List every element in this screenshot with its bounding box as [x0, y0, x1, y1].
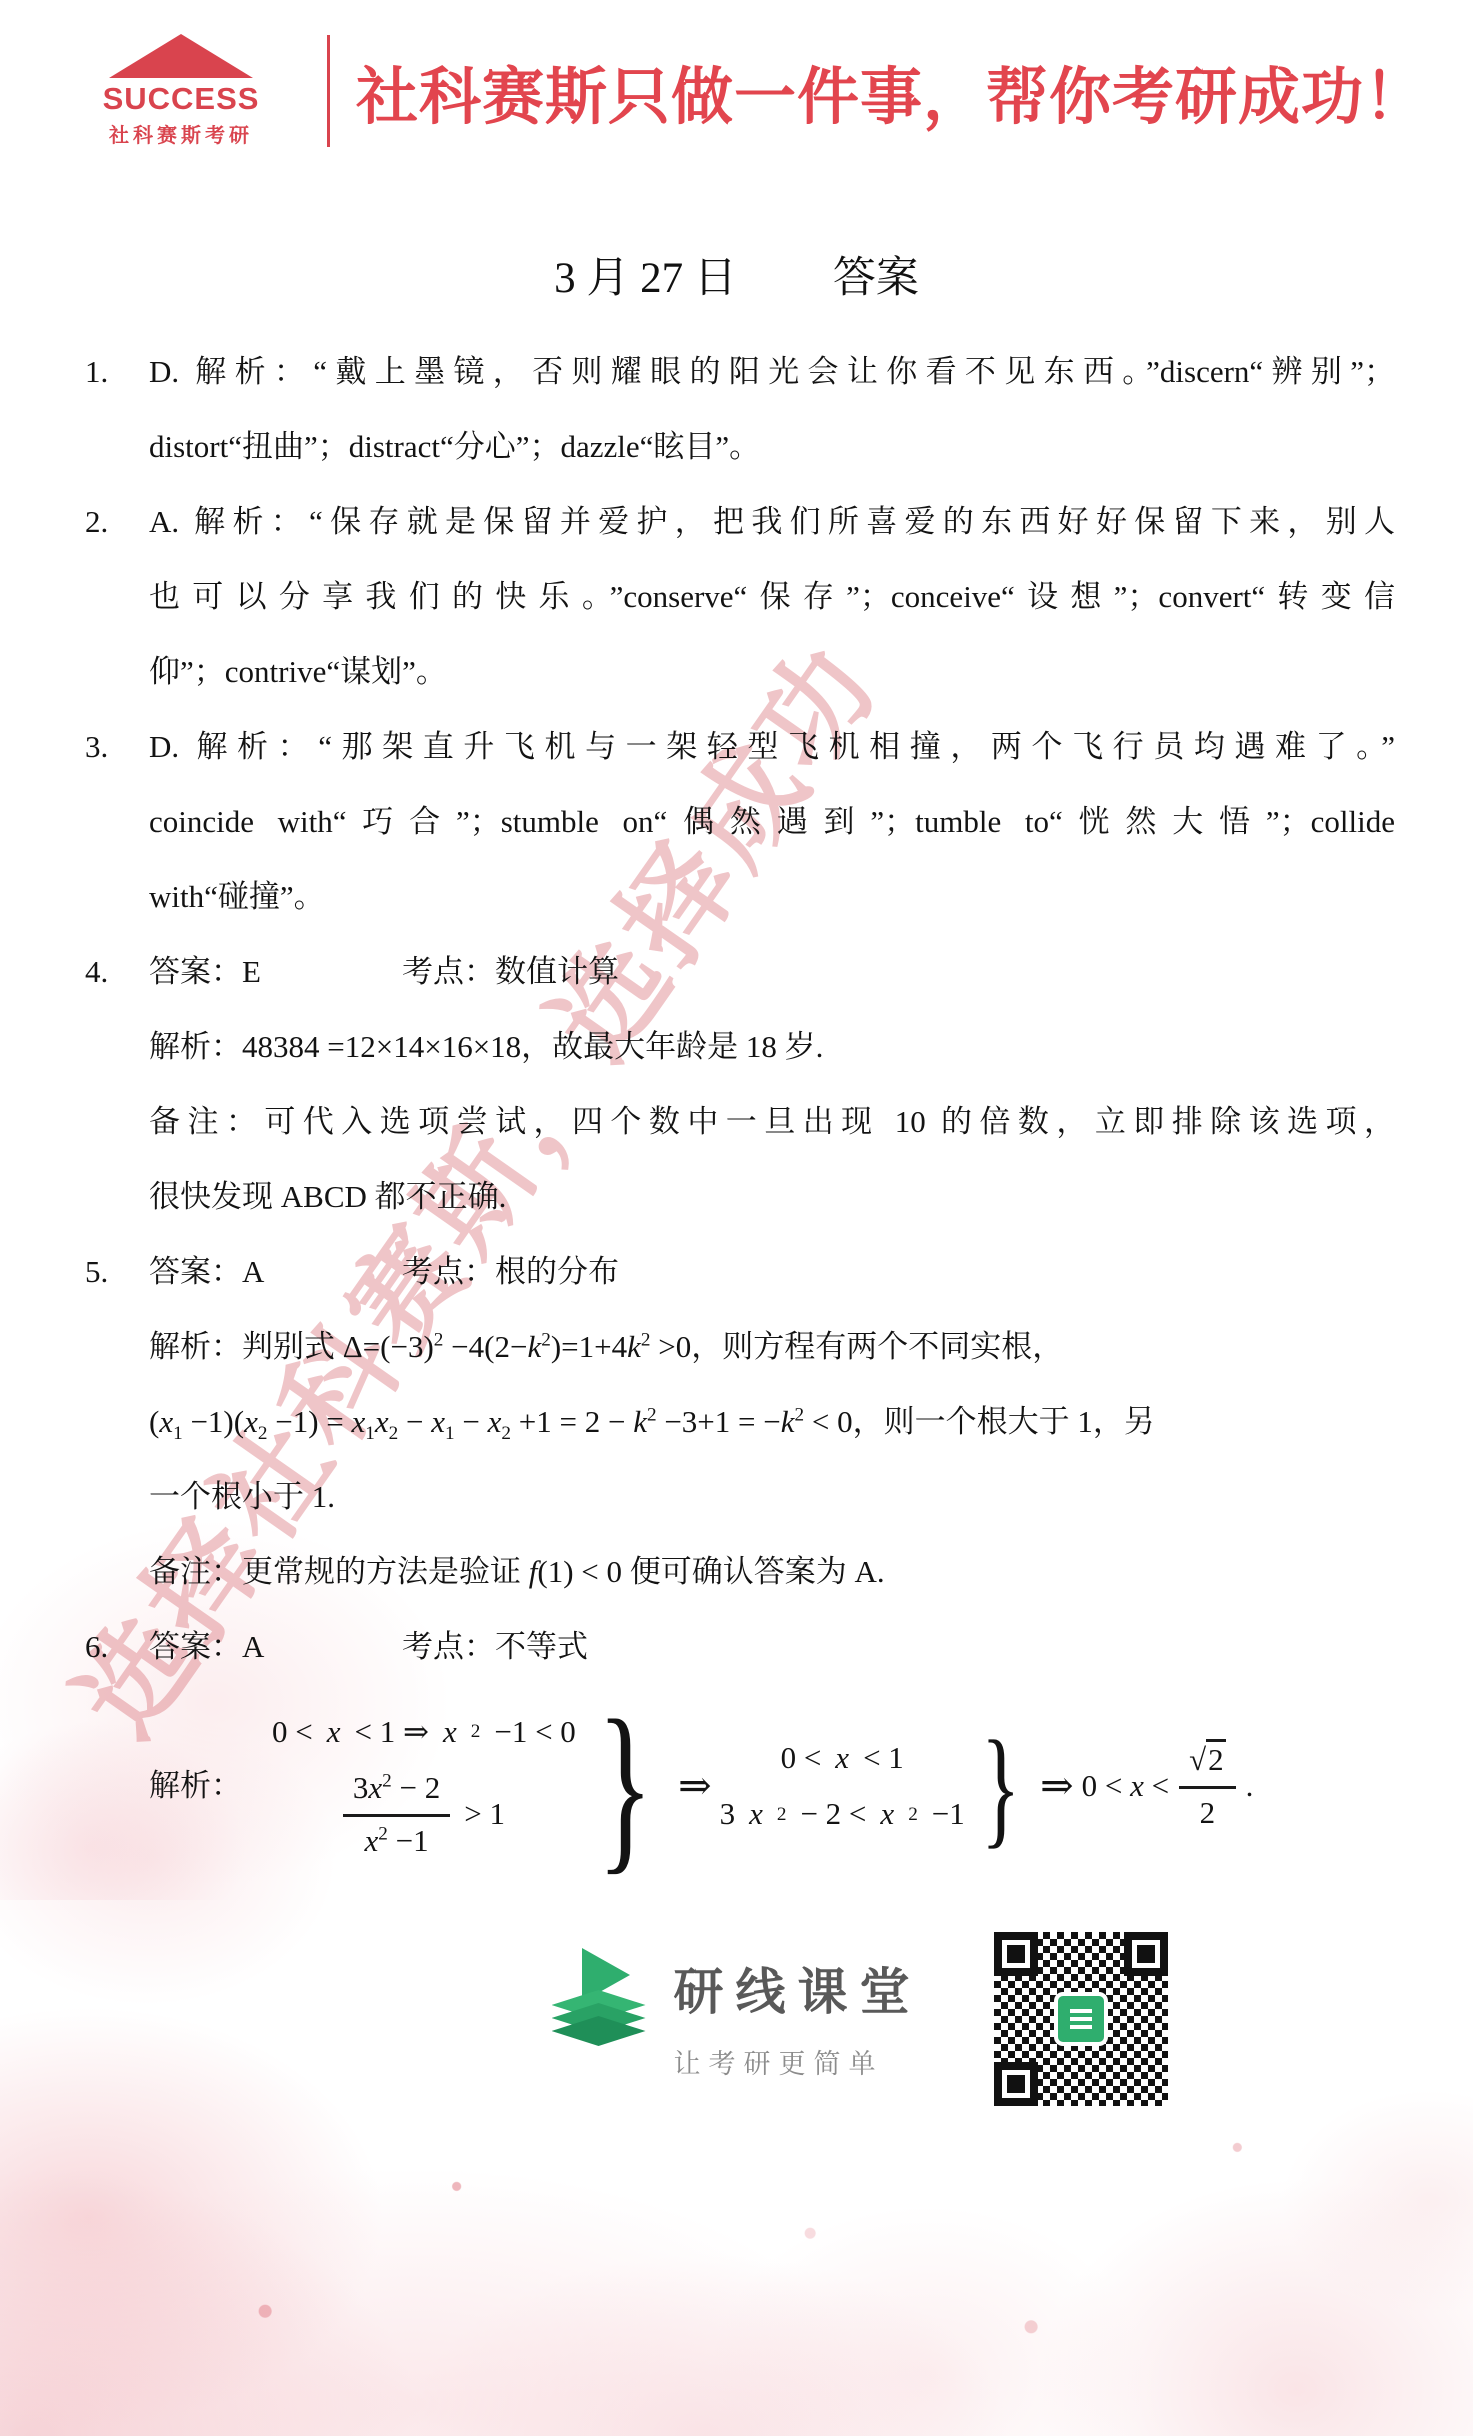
item-number: 4. — [85, 934, 149, 1234]
text-line: coincide with“巧合”；stumble on“偶然遇到”；tumbl… — [149, 784, 1395, 859]
result: 0 < x < √2 2 . — [1082, 1740, 1254, 1834]
answer-list: 1. D. 解析：“戴上墨镜，否则耀眼的阳光会让你看不见东西。”discern“… — [85, 334, 1395, 1873]
item-body: D. 解析：“那架直升飞机与一架轻型飞机相撞，两个飞行员均遇难了。” coinc… — [149, 709, 1395, 934]
inequality-derivation: 解析： 0 < x < 1 ⇒ x2 −1 < 0 3x2 − 2 x2 −1 … — [149, 1700, 1395, 1873]
qr-finder-icon — [1124, 1932, 1168, 1976]
text-line: D. 解析：“那架直升飞机与一架轻型飞机相撞，两个飞行员均遇难了。” — [149, 709, 1395, 784]
text-line: 仰”；contrive“谋划”。 — [149, 634, 1395, 709]
math-line: 解析：判别式 Δ=(−3)2 −4(2−k2)=1+4k2 >0，则方程有两个不… — [149, 1309, 1395, 1384]
system-1: 0 < x < 1 ⇒ x2 −1 < 0 3x2 − 2 x2 −1 > 1 — [272, 1712, 576, 1862]
brand-name: 研线课堂 — [674, 1952, 922, 2024]
qr-pattern — [994, 1932, 1168, 2106]
answer-item-4: 4. 答案：E考点：数值计算 解析：48384 =12×14×16×18，故最大… — [85, 934, 1395, 1234]
knowledge-point: 考点：不等式 — [402, 1629, 588, 1664]
text-line: 一个根小于 1. — [149, 1459, 1395, 1534]
knowledge-point: 考点：数值计算 — [402, 954, 619, 989]
qr-center-logo-icon — [1054, 1992, 1108, 2046]
system-1-line-2: 3x2 − 2 x2 −1 > 1 — [343, 1768, 505, 1862]
footer-brand: 研线课堂 让考研更简单 — [0, 1952, 1473, 2081]
text-line: A. 解析：“保存就是保留并爱护，把我们所喜爱的东西好好保留下来，别人 — [149, 484, 1395, 559]
logo-roof-icon — [109, 34, 253, 78]
title-label: 答案 — [833, 255, 919, 302]
answer-item-3: 3. D. 解析：“那架直升飞机与一架轻型飞机相撞，两个飞行员均遇难了。” co… — [85, 709, 1395, 934]
text-line: 也可以分享我们的快乐。”conserve“保存”；conceive“设想”；co… — [149, 559, 1395, 634]
right-brace: } — [597, 1700, 653, 1873]
answer-row: 答案：E考点：数值计算 — [149, 934, 1395, 1009]
answer-item-6: 6. 答案：A考点：不等式 解析： 0 < x < 1 ⇒ x2 −1 < 0 … — [85, 1609, 1395, 1873]
math-line: (x1 −1)(x2 −1) = x1x2 − x1 − x2 +1 = 2 −… — [149, 1384, 1395, 1459]
system-2-line-2: 3x2 − 2 < x2 −1 — [720, 1794, 965, 1834]
result-inequality: 0 < x < — [1082, 1766, 1169, 1806]
logo-cn-text: 社科赛斯考研 — [55, 119, 307, 148]
qr-finder-icon — [994, 1932, 1038, 1976]
period: . — [1246, 1766, 1254, 1806]
fraction-denominator: 2 — [1200, 1789, 1216, 1833]
item-body: D. 解析：“戴上墨镜，否则耀眼的阳光会让你看不见东西。”discern“辨别”… — [149, 334, 1395, 484]
fraction-sqrt2-over-2: √2 2 — [1179, 1740, 1236, 1834]
inequality-rhs: > 1 — [464, 1794, 505, 1834]
page-title: 3 月 27 日答案 — [0, 244, 1473, 305]
system-2-line-1: 0 < x < 1 — [781, 1738, 904, 1778]
system-1-line-1: 0 < x < 1 ⇒ x2 −1 < 0 — [272, 1712, 576, 1752]
item-number: 3. — [85, 709, 149, 934]
item-number: 1. — [85, 334, 149, 484]
qr-code — [988, 1926, 1174, 2112]
brand-tagline: 让考研更简单 — [674, 2042, 922, 2081]
item-body: 答案：E考点：数值计算 解析：48384 =12×14×16×18，故最大年龄是… — [149, 934, 1395, 1234]
item-body: 答案：A考点：根的分布 解析：判别式 Δ=(−3)2 −4(2−k2)=1+4k… — [149, 1234, 1395, 1609]
text-line: D. 解析：“戴上墨镜，否则耀眼的阳光会让你看不见东西。”discern“辨别”… — [149, 334, 1395, 409]
right-brace: } — [981, 1726, 1020, 1847]
fraction-numerator: 3x2 − 2 — [343, 1768, 450, 1817]
fraction-numerator: √2 — [1179, 1740, 1236, 1789]
title-date: 3 月 27 日 — [554, 255, 737, 302]
math-line: 备注：更常规的方法是验证 f(1) < 0 便可确认答案为 A. — [149, 1534, 1395, 1609]
answer-row: 答案：A考点：不等式 — [149, 1609, 1395, 1684]
item-number: 6. — [85, 1609, 149, 1873]
item-body: 答案：A考点：不等式 解析： 0 < x < 1 ⇒ x2 −1 < 0 3x2… — [149, 1609, 1395, 1873]
system-2: 0 < x < 1 3x2 − 2 < x2 −1 — [720, 1738, 965, 1835]
item-number: 2. — [85, 484, 149, 709]
answer-item-1: 1. D. 解析：“戴上墨镜，否则耀眼的阳光会让你看不见东西。”discern“… — [85, 334, 1395, 484]
knowledge-point: 考点：根的分布 — [402, 1254, 619, 1289]
yanxian-classroom-logo-icon — [552, 1948, 646, 2046]
header-divider — [327, 35, 330, 147]
logo-success-text: SUCCESS — [55, 81, 307, 117]
implies-arrow: ⇒ — [1040, 1760, 1074, 1812]
implies-arrow: ⇒ — [678, 1760, 712, 1812]
text-line: 解析：48384 =12×14×16×18，故最大年龄是 18 岁. — [149, 1009, 1395, 1084]
text-line: 很快发现 ABCD 都不正确. — [149, 1159, 1395, 1234]
success-logo: SUCCESS 社科赛斯考研 — [55, 34, 307, 148]
text-line: with“碰撞”。 — [149, 859, 1395, 934]
text-line: distort“扭曲”；distract“分心”；dazzle“眩目”。 — [149, 409, 1395, 484]
brand-text-block: 研线课堂 让考研更简单 — [674, 1952, 922, 2081]
answer-value: 答案：A — [149, 1234, 402, 1309]
qr-finder-icon — [994, 2062, 1038, 2106]
layers-glyph-icon — [1070, 2017, 1092, 2021]
item-number: 5. — [85, 1234, 149, 1609]
answer-row: 答案：A考点：根的分布 — [149, 1234, 1395, 1309]
answer-item-5: 5. 答案：A考点：根的分布 解析：判别式 Δ=(−3)2 −4(2−k2)=1… — [85, 1234, 1395, 1609]
answer-value: 答案：E — [149, 934, 402, 1009]
item-body: A. 解析：“保存就是保留并爱护，把我们所喜爱的东西好好保留下来，别人 也可以分… — [149, 484, 1395, 709]
header: SUCCESS 社科赛斯考研 社科赛斯只做一件事，帮你考研成功！ — [55, 34, 1443, 148]
analysis-label: 解析： — [149, 1766, 242, 1806]
header-slogan: 社科赛斯只做一件事，帮你考研成功！ — [356, 47, 1427, 136]
text-line: 备注：可代入选项尝试，四个数中一旦出现 10 的倍数，立即排除该选项， — [149, 1084, 1395, 1159]
answer-item-2: 2. A. 解析：“保存就是保留并爱护，把我们所喜爱的东西好好保留下来，别人 也… — [85, 484, 1395, 709]
document-page: 选择社科赛斯，选择成功 SUCCESS 社科赛斯考研 社科赛斯只做一件事，帮你考… — [0, 0, 1473, 2436]
fraction: 3x2 − 2 x2 −1 — [343, 1768, 450, 1862]
answer-value: 答案：A — [149, 1609, 402, 1684]
fraction-denominator: x2 −1 — [364, 1817, 428, 1861]
